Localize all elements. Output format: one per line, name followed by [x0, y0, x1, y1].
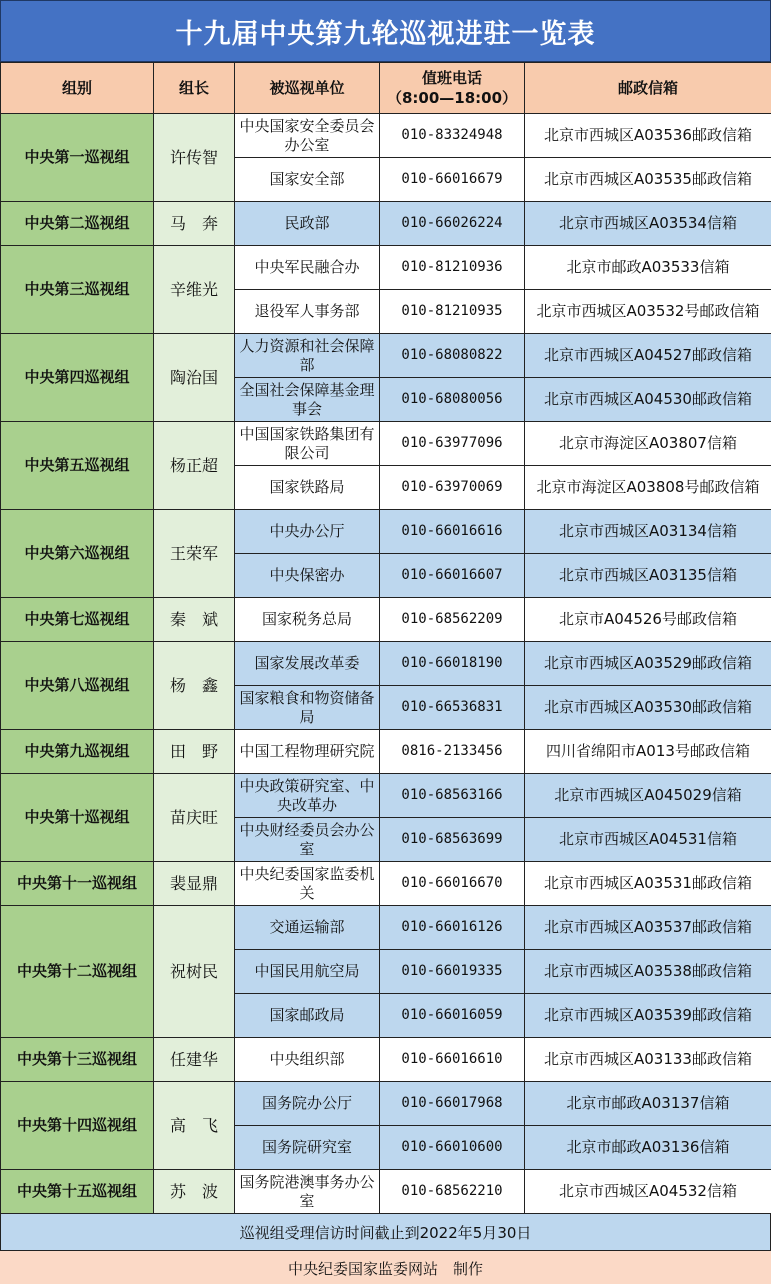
deadline-notice: 巡视组受理信访时间截止到2022年5月30日 [0, 1214, 771, 1251]
page-title: 十九届中央第九轮巡视进驻一览表 [0, 0, 771, 62]
leader-cell: 马 奔 [154, 202, 235, 246]
unit-cell: 国家安全部 [235, 158, 380, 202]
phone-cell: 010-66010600 [380, 1126, 525, 1170]
mailbox-cell: 北京市A04526号邮政信箱 [525, 598, 771, 642]
leader-cell: 苏 波 [154, 1170, 235, 1214]
unit-cell: 人力资源和社会保障部 [235, 334, 380, 378]
phone-cell: 010-66017968 [380, 1082, 525, 1126]
table-row: 中央第二巡视组马 奔民政部010-66026224北京市西城区A03534信箱 [1, 202, 771, 246]
phone-cell: 010-66016059 [380, 994, 525, 1038]
phone-cell: 010-68562210 [380, 1170, 525, 1214]
leader-cell: 杨正超 [154, 422, 235, 510]
table-row: 中央第十巡视组苗庆旺中央政策研究室、中央改革办010-68563166北京市西城… [1, 774, 771, 818]
phone-cell: 010-63977096 [380, 422, 525, 466]
unit-cell: 中央国家安全委员会办公室 [235, 114, 380, 158]
leader-cell: 高 飞 [154, 1082, 235, 1170]
leader-cell: 许传智 [154, 114, 235, 202]
phone-cell: 010-68080822 [380, 334, 525, 378]
mailbox-cell: 北京市西城区A045029信箱 [525, 774, 771, 818]
mailbox-cell: 北京市西城区A03530邮政信箱 [525, 686, 771, 730]
phone-cell: 010-63970069 [380, 466, 525, 510]
table-row: 中央第十四巡视组高 飞国务院办公厅010-66017968北京市邮政A03137… [1, 1082, 771, 1126]
phone-cell: 010-66016679 [380, 158, 525, 202]
table-row: 中央第十一巡视组裴显鼎中央纪委国家监委机关010-66016670北京市西城区A… [1, 862, 771, 906]
header-phone: 值班电话 （8:00—18:00） [380, 63, 525, 114]
unit-cell: 中国民用航空局 [235, 950, 380, 994]
mailbox-cell: 北京市西城区A03535邮政信箱 [525, 158, 771, 202]
unit-cell: 国务院研究室 [235, 1126, 380, 1170]
phone-cell: 010-68080056 [380, 378, 525, 422]
header-phone-hours: （8:00—18:00） [382, 88, 522, 108]
header-leader: 组长 [154, 63, 235, 114]
phone-cell: 010-68563699 [380, 818, 525, 862]
phone-cell: 010-66016126 [380, 906, 525, 950]
leader-cell: 王荣军 [154, 510, 235, 598]
table-row: 中央第五巡视组杨正超中国国家铁路集团有限公司010-63977096北京市海淀区… [1, 422, 771, 466]
table-row: 中央第十三巡视组任建华中央组织部010-66016610北京市西城区A03133… [1, 1038, 771, 1082]
unit-cell: 中国工程物理研究院 [235, 730, 380, 774]
group-name-cell: 中央第十五巡视组 [1, 1170, 154, 1214]
group-name-cell: 中央第十一巡视组 [1, 862, 154, 906]
phone-cell: 010-66016670 [380, 862, 525, 906]
phone-cell: 010-66016610 [380, 1038, 525, 1082]
leader-cell: 祝树民 [154, 906, 235, 1038]
unit-cell: 退役军人事务部 [235, 290, 380, 334]
group-name-cell: 中央第十三巡视组 [1, 1038, 154, 1082]
phone-cell: 010-66016607 [380, 554, 525, 598]
unit-cell: 国家税务总局 [235, 598, 380, 642]
mailbox-cell: 北京市海淀区A03808号邮政信箱 [525, 466, 771, 510]
group-name-cell: 中央第十二巡视组 [1, 906, 154, 1038]
mailbox-cell: 北京市西城区A03534信箱 [525, 202, 771, 246]
mailbox-cell: 北京市邮政A03137信箱 [525, 1082, 771, 1126]
unit-cell: 中国国家铁路集团有限公司 [235, 422, 380, 466]
group-name-cell: 中央第九巡视组 [1, 730, 154, 774]
table-row: 中央第十五巡视组苏 波国务院港澳事务办公室010-68562210北京市西城区A… [1, 1170, 771, 1214]
unit-cell: 国家发展改革委 [235, 642, 380, 686]
mailbox-cell: 北京市西城区A03538邮政信箱 [525, 950, 771, 994]
phone-cell: 010-68563166 [380, 774, 525, 818]
table-row: 中央第四巡视组陶治国人力资源和社会保障部010-68080822北京市西城区A0… [1, 334, 771, 378]
unit-cell: 中央财经委员会办公室 [235, 818, 380, 862]
phone-cell: 0816-2133456 [380, 730, 525, 774]
mailbox-cell: 北京市西城区A04532信箱 [525, 1170, 771, 1214]
credit-line: 中央纪委国家监委网站 制作 [0, 1251, 771, 1284]
table-row: 中央第七巡视组秦 斌国家税务总局010-68562209北京市A04526号邮政… [1, 598, 771, 642]
mailbox-cell: 北京市西城区A03529邮政信箱 [525, 642, 771, 686]
mailbox-cell: 北京市邮政A03533信箱 [525, 246, 771, 290]
header-mailbox: 邮政信箱 [525, 63, 771, 114]
leader-cell: 陶治国 [154, 334, 235, 422]
group-name-cell: 中央第八巡视组 [1, 642, 154, 730]
table-row: 中央第八巡视组杨 鑫国家发展改革委010-66018190北京市西城区A0352… [1, 642, 771, 686]
header-group: 组别 [1, 63, 154, 114]
table-row: 中央第三巡视组辛维光中央军民融合办010-81210936北京市邮政A03533… [1, 246, 771, 290]
leader-cell: 田 野 [154, 730, 235, 774]
unit-cell: 国家铁路局 [235, 466, 380, 510]
group-name-cell: 中央第五巡视组 [1, 422, 154, 510]
leader-cell: 苗庆旺 [154, 774, 235, 862]
unit-cell: 中央办公厅 [235, 510, 380, 554]
group-name-cell: 中央第十四巡视组 [1, 1082, 154, 1170]
group-name-cell: 中央第六巡视组 [1, 510, 154, 598]
mailbox-cell: 北京市西城区A04531信箱 [525, 818, 771, 862]
mailbox-cell: 北京市西城区A03536邮政信箱 [525, 114, 771, 158]
unit-cell: 中央组织部 [235, 1038, 380, 1082]
phone-cell: 010-66019335 [380, 950, 525, 994]
mailbox-cell: 北京市西城区A03133邮政信箱 [525, 1038, 771, 1082]
mailbox-cell: 北京市邮政A03136信箱 [525, 1126, 771, 1170]
phone-cell: 010-81210935 [380, 290, 525, 334]
leader-cell: 任建华 [154, 1038, 235, 1082]
unit-cell: 国务院港澳事务办公室 [235, 1170, 380, 1214]
leader-cell: 辛维光 [154, 246, 235, 334]
phone-cell: 010-83324948 [380, 114, 525, 158]
inspection-table: 组别 组长 被巡视单位 值班电话 （8:00—18:00） 邮政信箱 中央第一巡… [0, 62, 771, 1214]
phone-cell: 010-66536831 [380, 686, 525, 730]
unit-cell: 交通运输部 [235, 906, 380, 950]
unit-cell: 全国社会保障基金理事会 [235, 378, 380, 422]
mailbox-cell: 北京市西城区A03135信箱 [525, 554, 771, 598]
unit-cell: 中央纪委国家监委机关 [235, 862, 380, 906]
table-header-row: 组别 组长 被巡视单位 值班电话 （8:00—18:00） 邮政信箱 [1, 63, 771, 114]
mailbox-cell: 北京市西城区A03531邮政信箱 [525, 862, 771, 906]
mailbox-cell: 北京市海淀区A03807信箱 [525, 422, 771, 466]
mailbox-cell: 四川省绵阳市A013号邮政信箱 [525, 730, 771, 774]
unit-cell: 中央政策研究室、中央改革办 [235, 774, 380, 818]
group-name-cell: 中央第十巡视组 [1, 774, 154, 862]
header-unit: 被巡视单位 [235, 63, 380, 114]
phone-cell: 010-81210936 [380, 246, 525, 290]
header-phone-label: 值班电话 [382, 68, 522, 88]
group-name-cell: 中央第三巡视组 [1, 246, 154, 334]
unit-cell: 中央军民融合办 [235, 246, 380, 290]
leader-cell: 秦 斌 [154, 598, 235, 642]
mailbox-cell: 北京市西城区A03537邮政信箱 [525, 906, 771, 950]
phone-cell: 010-66016616 [380, 510, 525, 554]
mailbox-cell: 北京市西城区A04530邮政信箱 [525, 378, 771, 422]
unit-cell: 国务院办公厅 [235, 1082, 380, 1126]
phone-cell: 010-66026224 [380, 202, 525, 246]
unit-cell: 国家邮政局 [235, 994, 380, 1038]
mailbox-cell: 北京市西城区A03539邮政信箱 [525, 994, 771, 1038]
leader-cell: 裴显鼎 [154, 862, 235, 906]
table-row: 中央第九巡视组田 野中国工程物理研究院0816-2133456四川省绵阳市A01… [1, 730, 771, 774]
unit-cell: 民政部 [235, 202, 380, 246]
mailbox-cell: 北京市西城区A04527邮政信箱 [525, 334, 771, 378]
mailbox-cell: 北京市西城区A03134信箱 [525, 510, 771, 554]
table-row: 中央第六巡视组王荣军中央办公厅010-66016616北京市西城区A03134信… [1, 510, 771, 554]
table-row: 中央第一巡视组许传智中央国家安全委员会办公室010-83324948北京市西城区… [1, 114, 771, 158]
phone-cell: 010-66018190 [380, 642, 525, 686]
group-name-cell: 中央第七巡视组 [1, 598, 154, 642]
table-row: 中央第十二巡视组祝树民交通运输部010-66016126北京市西城区A03537… [1, 906, 771, 950]
leader-cell: 杨 鑫 [154, 642, 235, 730]
table-body: 中央第一巡视组许传智中央国家安全委员会办公室010-83324948北京市西城区… [1, 114, 771, 1214]
unit-cell: 国家粮食和物资储备局 [235, 686, 380, 730]
unit-cell: 中央保密办 [235, 554, 380, 598]
mailbox-cell: 北京市西城区A03532号邮政信箱 [525, 290, 771, 334]
group-name-cell: 中央第二巡视组 [1, 202, 154, 246]
group-name-cell: 中央第四巡视组 [1, 334, 154, 422]
group-name-cell: 中央第一巡视组 [1, 114, 154, 202]
phone-cell: 010-68562209 [380, 598, 525, 642]
